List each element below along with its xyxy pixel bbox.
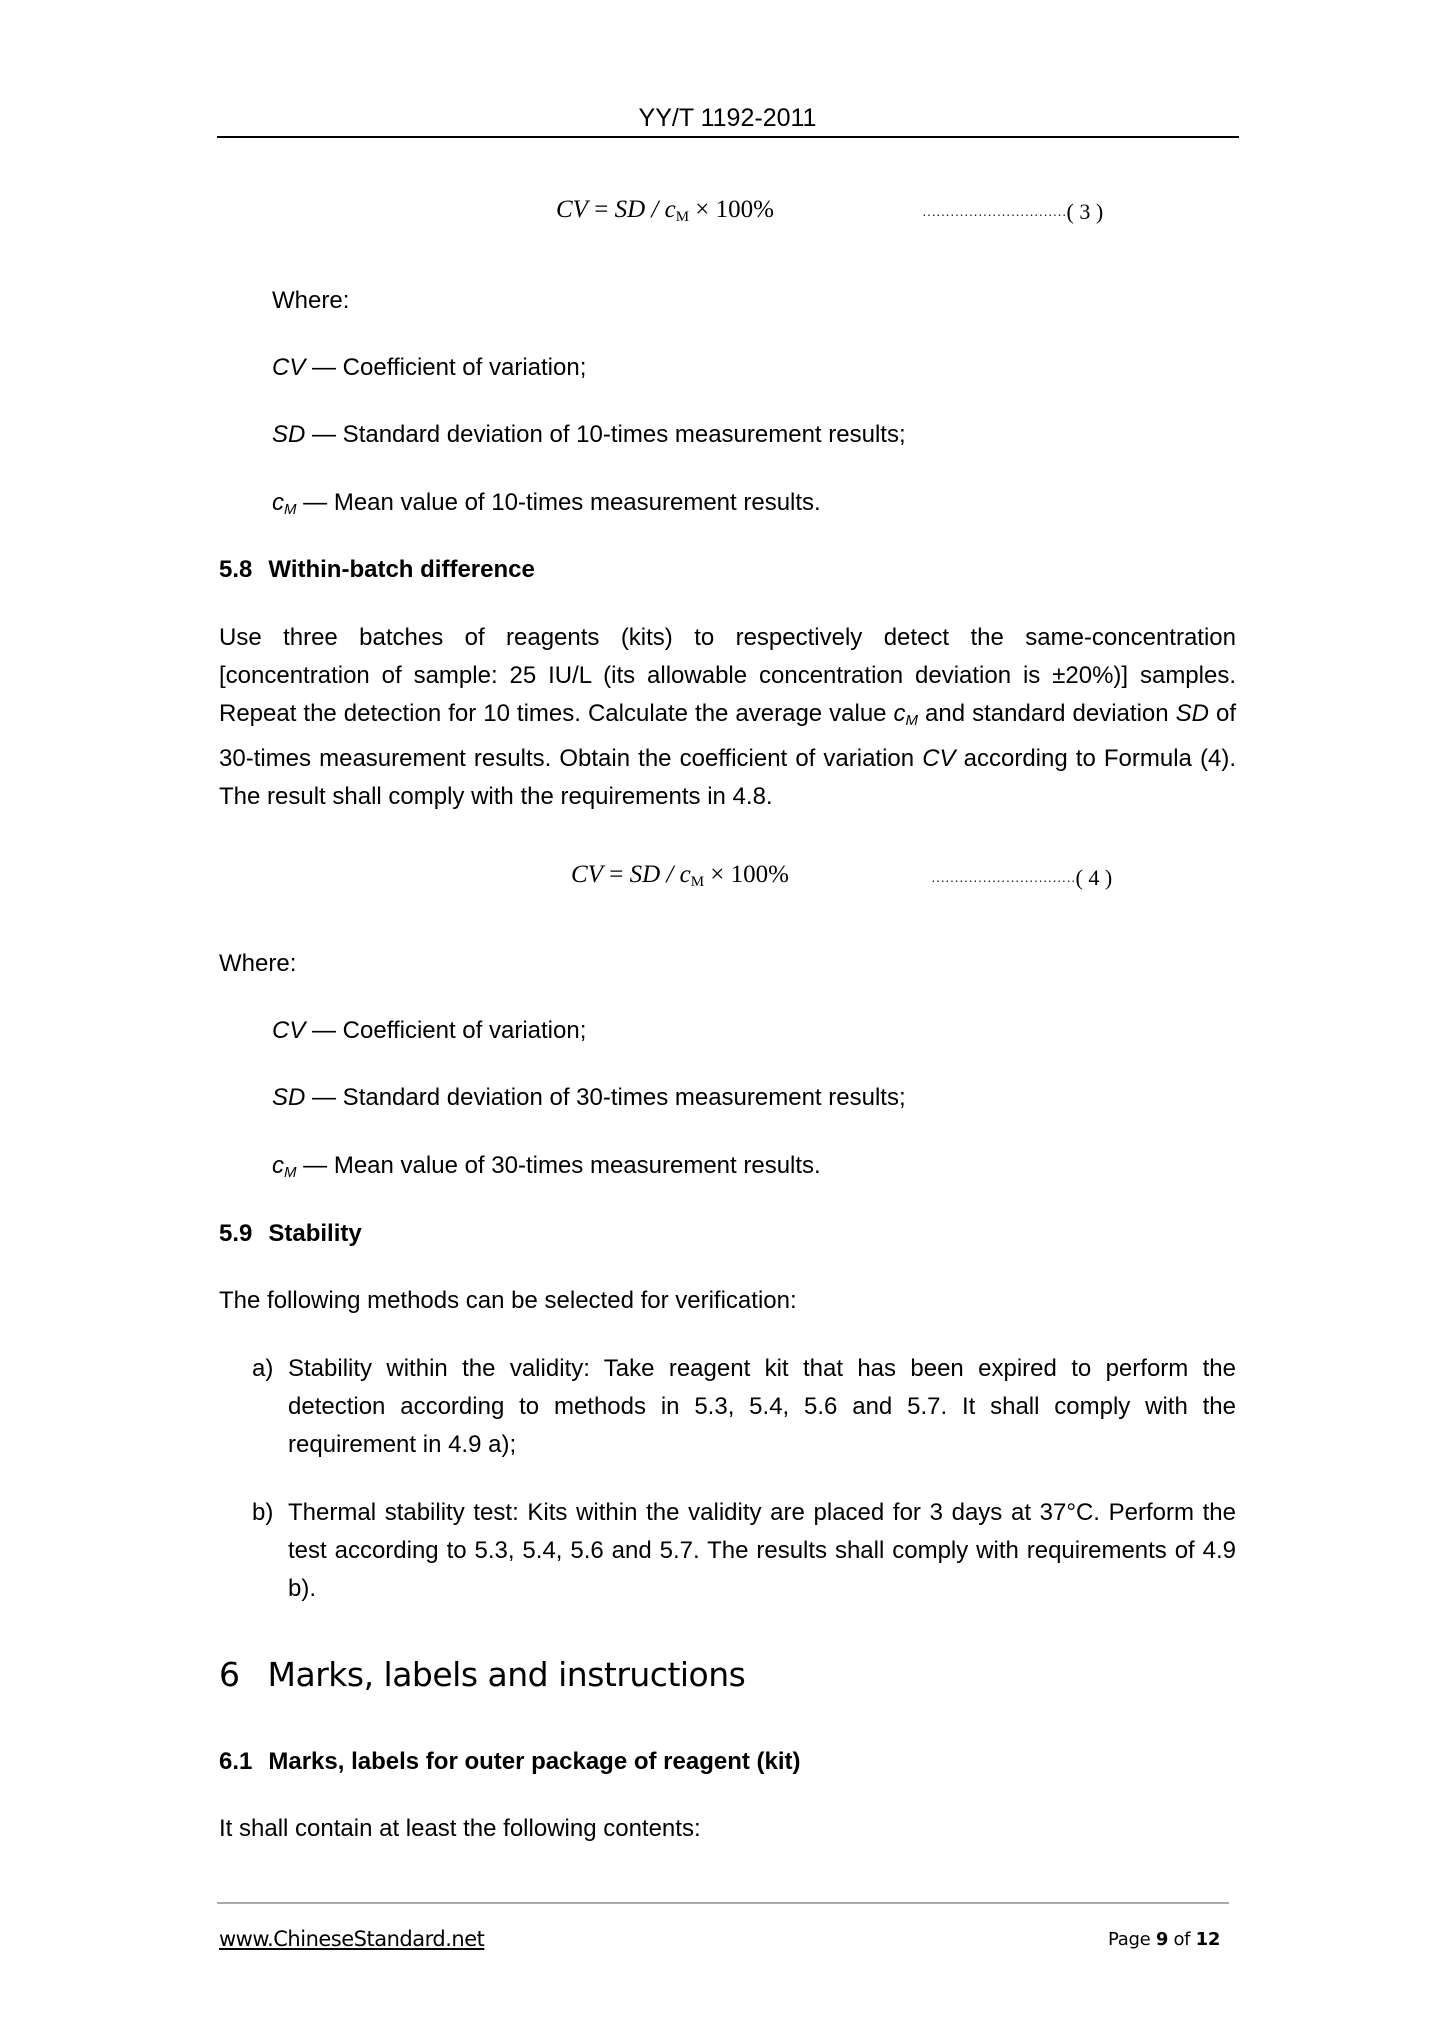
formula-cv: CV [571,861,603,888]
equation-number: ( 4 ) [1076,865,1113,890]
text-run: and standard deviation [918,700,1176,727]
section-6-1-intro: It shall contain at least the following … [219,1815,701,1843]
section-number: 6 [219,1655,240,1694]
definition-text: — Coefficient of variation; [305,1017,586,1044]
website-link[interactable]: www.ChineseStandard.net [219,1927,484,1951]
leader-dots: ······························· [931,872,1076,888]
formula-c: c [680,861,691,888]
symbol: CV [922,745,955,772]
list-item-text: Stability within the validity: Take reag… [288,1350,1236,1464]
formula-3-number: ·······························( 3 ) [922,198,1103,226]
formula-4-number: ·······························( 4 ) [931,864,1112,892]
symbol: c [272,489,284,516]
section-title: Marks, labels and instructions [268,1655,746,1694]
formula-sub: M [691,874,704,890]
symbol: CV [272,354,305,381]
definition-text: — Coefficient of variation; [305,354,586,381]
symbol: SD [272,1084,305,1111]
header-divider [217,136,1239,138]
definition-cv: CV — Coefficient of variation; [272,1017,586,1045]
where-label: Where: [219,950,296,978]
definition-cm: cM — Mean value of 10-times measurement … [272,489,821,518]
definition-text: — Standard deviation of 30-times measure… [305,1084,905,1111]
definition-cv: CV — Coefficient of variation; [272,354,586,382]
definition-text: — Mean value of 10-times measurement res… [297,489,821,516]
formula-4: CV = SD / cM × 100% [571,861,789,891]
definition-text: — Standard deviation of 10-times measure… [305,421,905,448]
formula-c: c [665,196,676,223]
list-marker: b) [252,1494,273,1532]
symbol: c [894,700,906,727]
formula-sd: SD [615,196,646,223]
symbol: CV [272,1017,305,1044]
section-6-heading: 6Marks, labels and instructions [219,1655,745,1694]
section-number: 5.8 [219,556,252,583]
footer-divider [217,1902,1229,1904]
where-label: Where: [272,287,349,315]
symbol-subscript: M [284,1164,297,1181]
list-marker: a) [252,1350,273,1388]
section-5-8-paragraph: Use three batches of reagents (kits) to … [219,619,1236,816]
equation-number: ( 3 ) [1067,199,1104,224]
section-6-1-heading: 6.1Marks, labels for outer package of re… [219,1748,801,1776]
formula-rest: × 100% [704,861,789,888]
definition-text: — Mean value of 30-times measurement res… [297,1152,821,1179]
section-title: Marks, labels for outer package of reage… [268,1748,800,1775]
formula-sd: SD [630,861,661,888]
formula-slash: / [645,196,664,223]
list-item-text: Thermal stability test: Kits within the … [288,1494,1236,1608]
total-pages: 12 [1196,1929,1220,1950]
symbol: SD [1176,700,1209,727]
page-indicator: Page 9 of 12 [1108,1929,1220,1950]
section-title: Within-batch difference [268,556,534,583]
section-5-9-heading: 5.9Stability [219,1220,362,1248]
section-5-8-heading: 5.8Within-batch difference [219,556,535,584]
formula-slash: / [660,861,679,888]
list-item: a) Stability within the validity: Take r… [252,1350,1236,1464]
section-number: 5.9 [219,1220,252,1247]
current-page: 9 [1156,1929,1168,1950]
symbol: c [272,1152,284,1179]
formula-sub: M [676,209,689,225]
list-item: b) Thermal stability test: Kits within t… [252,1494,1236,1608]
formula-equals: = [588,196,615,223]
formula-equals: = [603,861,630,888]
page-prefix: Page [1108,1929,1156,1950]
symbol-subscript: M [906,712,919,729]
formula-3: CV = SD / cM × 100% [556,196,774,226]
definition-sd: SD — Standard deviation of 10-times meas… [272,421,906,449]
section-5-9-intro: The following methods can be selected fo… [219,1287,797,1315]
section-title: Stability [268,1220,361,1247]
document-code-header: YY/T 1192-2011 [0,104,1445,133]
definition-cm: cM — Mean value of 30-times measurement … [272,1152,821,1181]
section-number: 6.1 [219,1748,252,1775]
symbol-subscript: M [284,501,297,518]
symbol: SD [272,421,305,448]
formula-cv: CV [556,196,588,223]
page-of: of [1168,1929,1196,1950]
leader-dots: ······························· [922,206,1067,222]
definition-sd: SD — Standard deviation of 30-times meas… [272,1084,906,1112]
formula-rest: × 100% [689,196,774,223]
